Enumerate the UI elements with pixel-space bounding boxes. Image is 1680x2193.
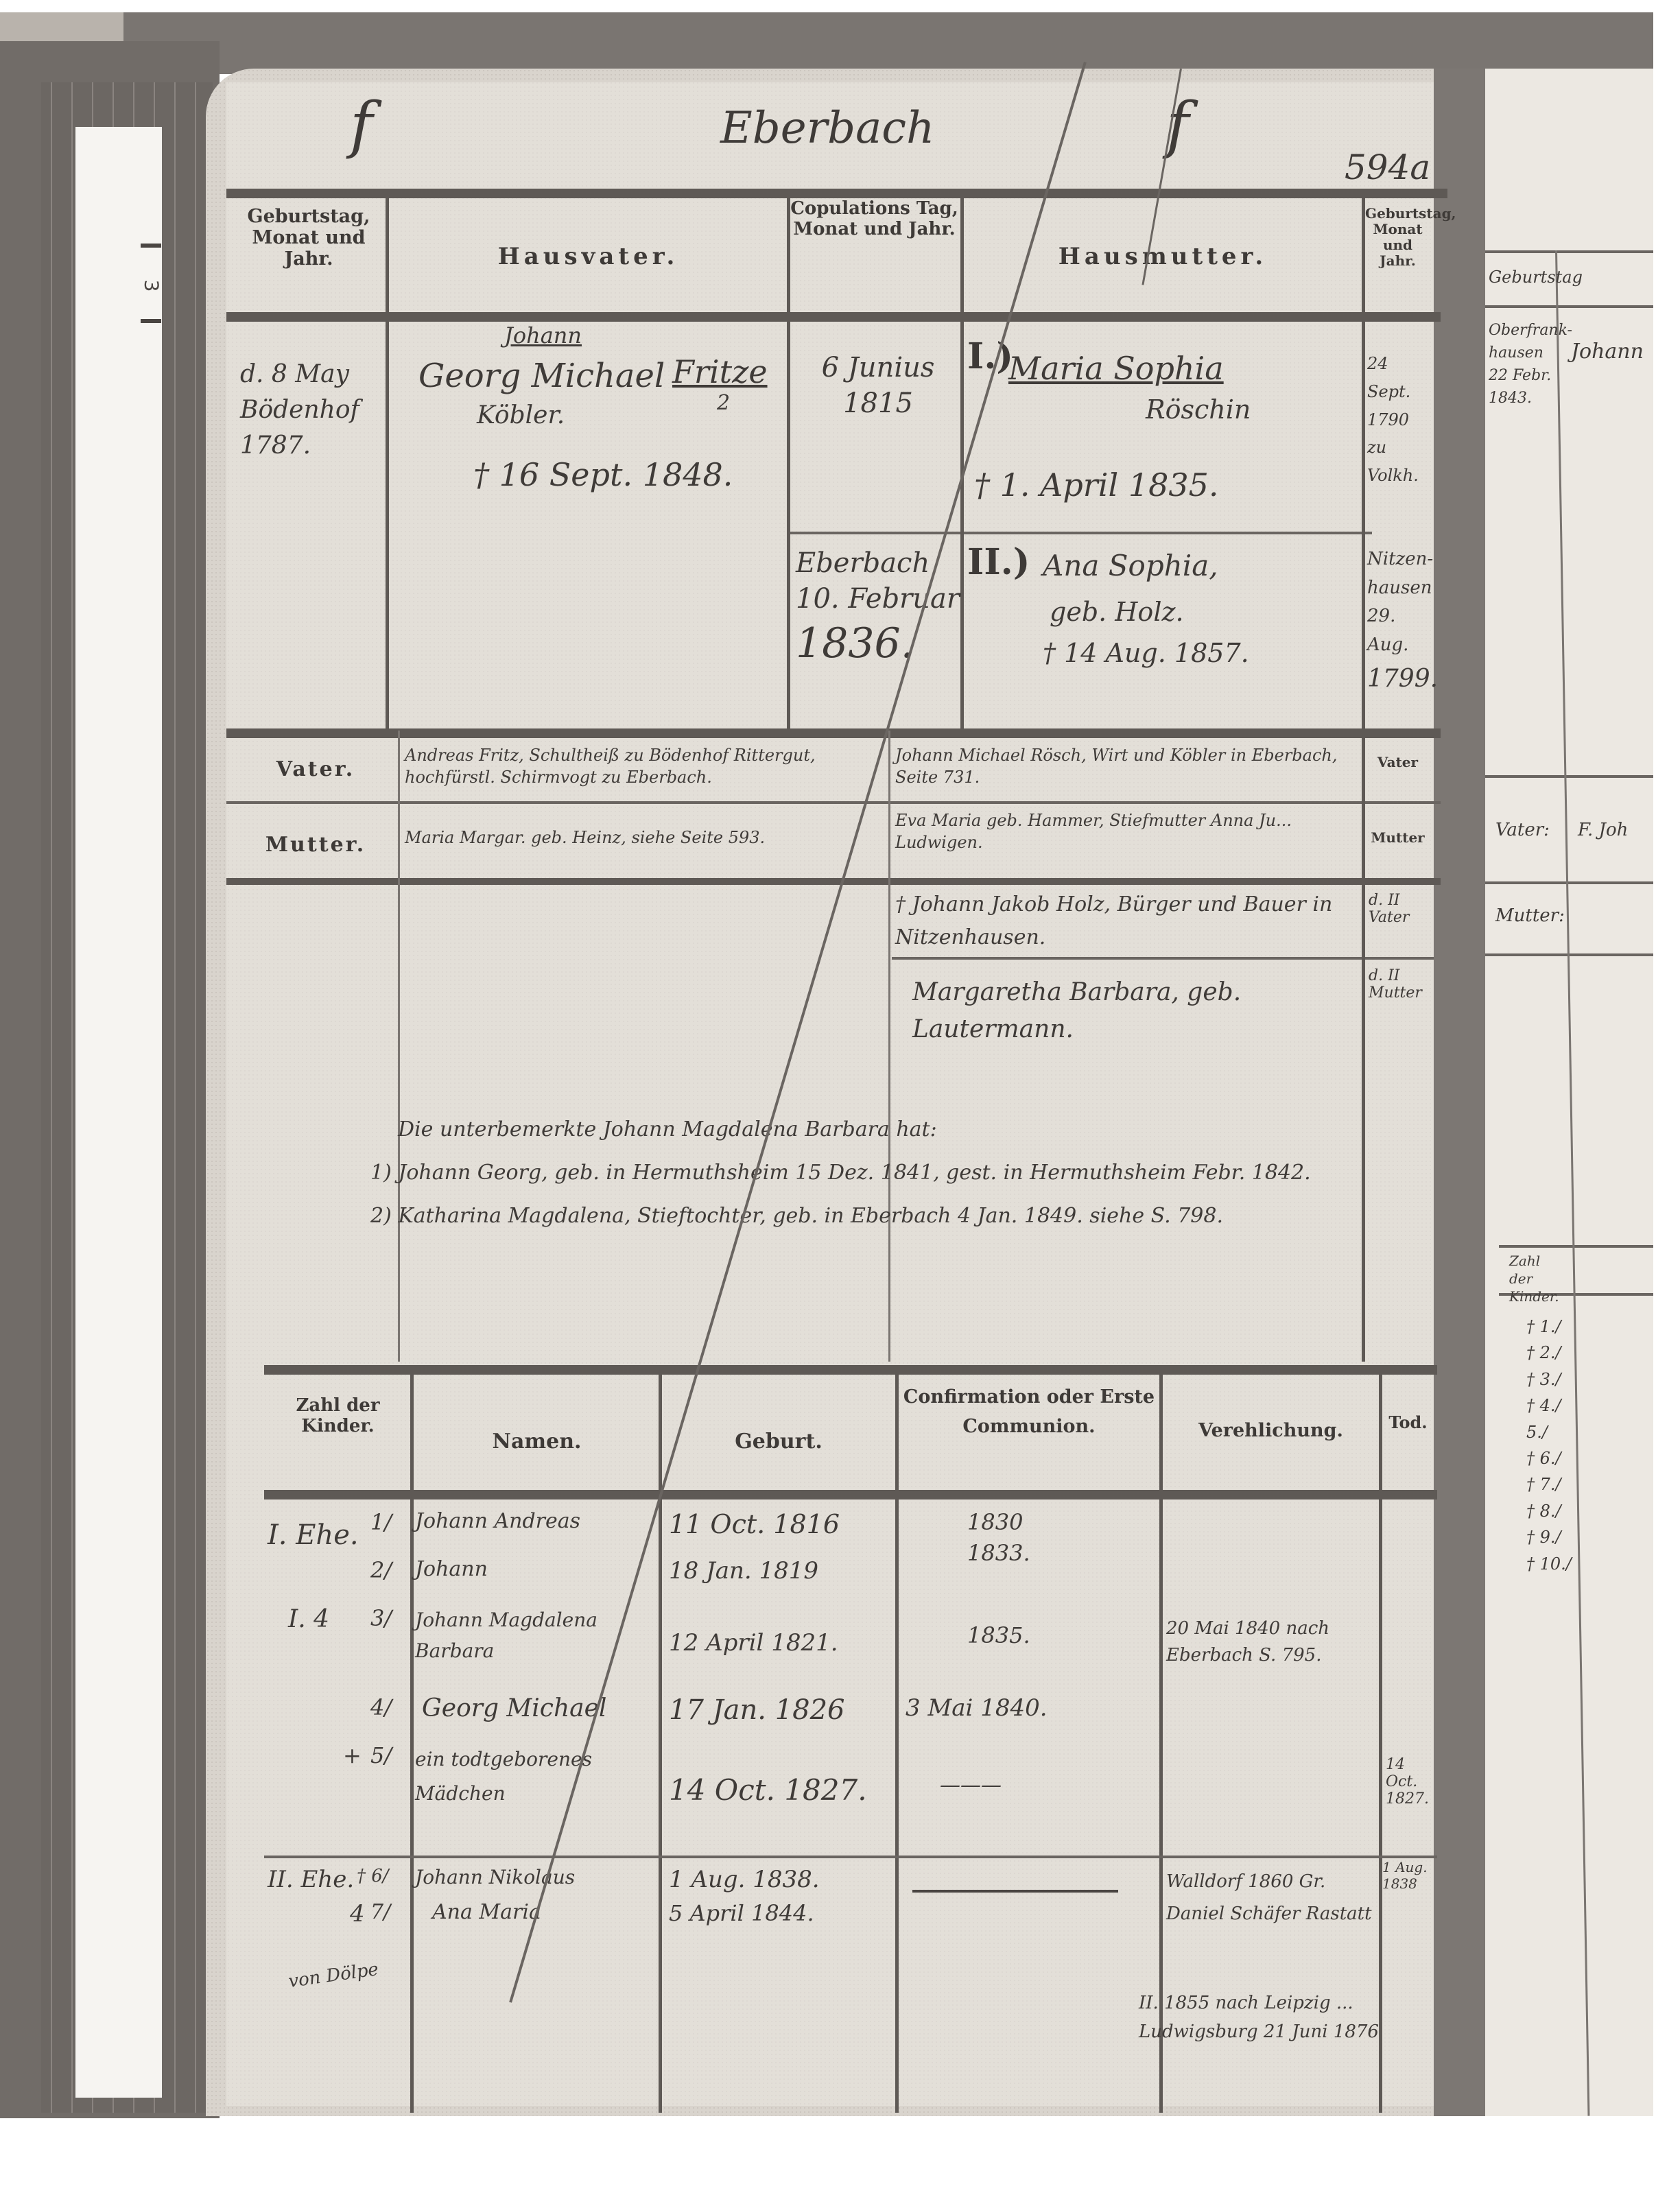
adjacent-entry-line: 1843. (1489, 387, 1554, 410)
adjacent-entry-line: hausen (1489, 342, 1554, 364)
husband-death: † 16 Sept. 1848. (473, 456, 733, 493)
child-confirmation-dash (912, 1890, 1118, 1897)
husband-name: Georg Michael (418, 357, 665, 395)
rule-vater (226, 801, 1441, 804)
child-number: 2/ (370, 1557, 392, 1583)
child-marriage-info: II. 1855 nach Leipzig ... Ludwigsburg 21… (1139, 1989, 1427, 2046)
rule-children-header (264, 1490, 1437, 1499)
wife-2-col-vater: d. II Vater (1369, 892, 1430, 926)
child-birth: 5 April 1844. (669, 1900, 814, 1926)
child-birth: 14 Oct. 1827. (669, 1773, 867, 1807)
adjacent-entry-line: 22 Febr. (1489, 364, 1554, 387)
ruler-number: 3 (140, 280, 163, 292)
adjacent-rule (1485, 250, 1653, 253)
adjacent-rule (1485, 775, 1653, 778)
adjacent-children-numbers: † 1./ † 2./ † 3./ † 4./ 5./ † 6./ † 7./ … (1526, 1314, 1588, 1577)
rule-marriage-2 (264, 1856, 1437, 1858)
wife-1-surname: Röschin (1146, 394, 1251, 425)
adjacent-header: Geburtstag (1489, 268, 1583, 287)
wife-1-name: Maria Sophia (1008, 350, 1224, 387)
header-left-mark: f (350, 89, 372, 161)
husband-surname: Fritze (672, 353, 768, 390)
wife-2-father: † Johann Jakob Holz, Bürger und Bauer in… (895, 888, 1362, 954)
marriage-1-date: 6 Junius 1815 (799, 350, 957, 421)
husband-father: Andreas Fritz, Schultheiß zu Bödenhof Ri… (405, 744, 878, 789)
wife-2-col-mutter: d. II Mutter (1369, 967, 1430, 1001)
adjacent-child-num: † 8./ (1526, 1498, 1588, 1524)
wife-1-birth-place: zu Volkh. (1367, 434, 1432, 490)
page-number: 594a (1345, 147, 1430, 187)
vater-label: Vater. (237, 758, 394, 782)
child-number: 4/ (370, 1694, 392, 1720)
husband-birth-place: Bödenhof (240, 392, 384, 428)
marriage-1-year: 1815 (799, 386, 957, 421)
child-confirmation: 3 Mai 1840. (906, 1694, 1048, 1722)
col-divider (659, 1372, 662, 2113)
adjacent-children-header-line: Kinder. (1509, 1288, 1564, 1305)
rule-header-bottom (226, 312, 1441, 322)
child-name: Ana Maria (432, 1900, 541, 1924)
adjacent-entry: Oberfrank- hausen 22 Febr. 1843. (1489, 319, 1554, 410)
wife-2-born: geb. Holz. (1050, 597, 1184, 627)
col-header-number: Zahl der Kinder. (268, 1396, 408, 1437)
adjacent-child-num: † 6./ (1526, 1445, 1588, 1471)
book-top-edge (0, 12, 1680, 74)
col-header-death: Tod. (1382, 1413, 1434, 1432)
child-death: 1 Aug. 1838 (1382, 1859, 1434, 1892)
header-place: Eberbach (720, 103, 934, 154)
adjacent-rule (1485, 881, 1653, 884)
rule-mutter (226, 878, 1441, 885)
child-birth: 1 Aug. 1838. (669, 1866, 820, 1893)
adjacent-vater-label: Vater: (1495, 820, 1550, 840)
child-marriage-group: II. Ehe. (268, 1866, 354, 1893)
col-header-marriage-date: Copulations Tag, Monat und Jahr. (790, 199, 958, 240)
wife-2-birth-year: 1799. (1367, 659, 1432, 699)
marriage-1-day: 6 Junius (799, 350, 957, 386)
husband-mother: Maria Margar. geb. Heinz, siehe Seite 59… (405, 827, 878, 849)
child-marriage-info: Walldorf 1860 Gr. Daniel Schäfer Rastatt (1166, 1866, 1372, 1930)
col-header-birth-date: Geburtstag, Monat und Jahr. (233, 206, 384, 270)
child-number: 5/ (370, 1742, 392, 1768)
col-divider (410, 1372, 414, 2113)
marriage-2-year: 1836. (796, 617, 960, 670)
adjacent-children-header-line: Zahl der (1509, 1252, 1564, 1288)
child-mark: + (343, 1742, 362, 1768)
marriage-1-number: I.) (967, 336, 1013, 377)
adjacent-child-num: 5./ (1526, 1419, 1588, 1445)
scan-margin-bottom (0, 2118, 1680, 2193)
family-note: Die unterbemerkte Johann Magdalena Barba… (370, 1108, 1434, 1237)
rule-main-bottom (226, 728, 1441, 738)
husband-added-name: Johann (504, 322, 582, 348)
child-name: Georg Michael (422, 1694, 606, 1722)
mutter-label: Mutter. (237, 833, 394, 857)
adjacent-vater-value: F. Joh (1578, 820, 1628, 840)
adjacent-child-num: † 1./ (1526, 1314, 1588, 1340)
col-header-marriage: Verehlichung. (1163, 1420, 1379, 1441)
adjacent-child-num: † 2./ (1526, 1340, 1588, 1366)
col-divider (386, 195, 389, 731)
col-header-name: Namen. (415, 1430, 659, 1454)
page-gutter (1434, 69, 1485, 2116)
adjacent-child-num: † 7./ (1526, 1471, 1588, 1497)
rule-children-top (264, 1365, 1437, 1375)
child-name: Johann (415, 1557, 488, 1581)
child-birth: 12 April 1821. (669, 1629, 838, 1657)
child-confirmation: 1833. (967, 1540, 1030, 1566)
child-birth: 18 Jan. 1819 (669, 1557, 818, 1585)
adjacent-child-num: † 4./ (1526, 1392, 1588, 1419)
child-mark: † 6/ (357, 1866, 389, 1886)
child-marriage-group: I. Ehe. (268, 1519, 359, 1551)
child-number: 7/ (370, 1900, 390, 1924)
wife-2-birth-place-b: hausen (1367, 574, 1432, 603)
wife-1-father: Johann Michael Rösch, Wirt und Köbler in… (895, 744, 1362, 789)
wife-1-birth-year: 1790 (1367, 406, 1432, 434)
wife-1-birth: 24 Sept. 1790 zu Volkh. (1367, 350, 1432, 490)
husband-birth-day: d. 8 May (240, 357, 384, 392)
col-header-wife-birth: Geburtstag, Monat und Jahr. (1365, 206, 1430, 269)
rule-wife2-parents (892, 957, 1434, 960)
marriage-2-day: 10. Februar (796, 581, 960, 617)
col-divider (787, 195, 790, 731)
col-header-confirmation: Confirmation oder Erste Communion. (899, 1382, 1159, 1441)
col-divider (895, 1372, 899, 2113)
adjacent-mutter-label: Mutter: (1495, 905, 1565, 926)
child-mark: 4 (350, 1900, 365, 1928)
wife-2-birth: Nitzen- hausen 29. Aug. 1799. (1367, 545, 1432, 699)
wife-1-death: † 1. April 1835. (974, 466, 1219, 503)
wife-2-birth-day: 29. Aug. (1367, 602, 1432, 659)
col-header-husband: Hausvater. (391, 244, 785, 270)
col-divider (960, 195, 964, 731)
marriage-2-number: II.) (967, 542, 1030, 583)
adjacent-rule (1499, 1245, 1653, 1248)
rule-marriage-split (789, 532, 1372, 534)
note-line: 1) Johann Georg, geb. in Hermuthsheim 15… (370, 1151, 1434, 1194)
wife-2-name: Ana Sophia, (1043, 549, 1218, 582)
rule-top (226, 189, 1447, 198)
scan-margin-right (1653, 0, 1680, 2193)
col-header-birth: Geburt. (662, 1430, 895, 1454)
wife-col-vater: Vater (1365, 755, 1430, 770)
husband-occupation: Köbler. (477, 401, 565, 429)
child-number: 3/ (370, 1605, 392, 1631)
wife-1-birth-day: 24 Sept. (1367, 350, 1432, 406)
child-confirmation: ——— (940, 1773, 1002, 1797)
adjacent-child-num: † 3./ (1526, 1366, 1588, 1392)
wife-2-death: † 14 Aug. 1857. (1043, 638, 1249, 668)
child-birth: 17 Jan. 1826 (669, 1694, 844, 1726)
child-death: 14 Oct. 1827. (1386, 1756, 1434, 1807)
child-birth: 11 Oct. 1816 (669, 1509, 840, 1539)
child-mark: I. 4 (288, 1605, 329, 1633)
child-marriage-info: 20 Mai 1840 nach Eberbach S. 795. (1166, 1615, 1372, 1669)
adjacent-rule (1485, 305, 1653, 308)
child-confirmation: 1830 (967, 1509, 1023, 1535)
adjacent-children-header: Zahl der Kinder. (1509, 1252, 1564, 1305)
child-name: Johann Andreas (415, 1509, 580, 1533)
adjacent-name-fragment: Johann (1571, 340, 1644, 364)
wife-2-mother: Margaretha Barbara, geb. Lautermann. (912, 974, 1358, 1048)
col-divider (398, 731, 400, 1362)
wife-2-birth-place-a: Nitzen- (1367, 545, 1432, 574)
wife-1-mother: Eva Maria geb. Hammer, Stiefmutter Anna … (895, 809, 1362, 854)
col-divider (888, 731, 890, 1362)
ruler-tick (141, 319, 161, 323)
child-name: ein todtgeborenes Mädchen (415, 1742, 648, 1812)
paper-ruler-strip (75, 127, 162, 2098)
child-confirmation: 1835. (967, 1622, 1030, 1648)
adjacent-entry-line: Oberfrank- (1489, 319, 1554, 342)
husband-birth-year: 1787. (240, 428, 384, 464)
adjacent-child-num: † 10./ (1526, 1551, 1588, 1577)
wife-col-mutter: Mutter (1365, 830, 1430, 846)
note-line: Die unterbemerkte Johann Magdalena Barba… (370, 1108, 1434, 1151)
note-line: 2) Katharina Magdalena, Stieftochter, ge… (370, 1194, 1434, 1237)
husband-birth: d. 8 May Bödenhof 1787. (240, 357, 384, 464)
child-number: 1/ (370, 1509, 392, 1535)
adjacent-child-num: † 9./ (1526, 1524, 1588, 1550)
ruler-tick (141, 244, 161, 248)
surname-mark: 2 (717, 391, 730, 415)
